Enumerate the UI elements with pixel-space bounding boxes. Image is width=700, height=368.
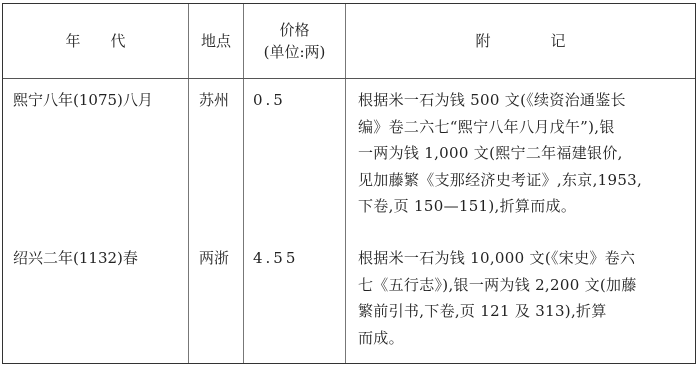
header-era: 年 代 xyxy=(3,4,188,78)
header-place: 地点 xyxy=(189,4,243,78)
note-line: 编》卷二六七“熙宁八年八月戊午”),银 xyxy=(358,114,693,141)
row2-notes: 根据米一石为钱 10,000 文(《宋史》卷六 七《五行志》),银一两为钱 2,… xyxy=(358,245,693,351)
row2-price: 4.55 xyxy=(253,249,298,268)
note-line: 见加藤繁《支那经济史考证》,东京,1953, xyxy=(358,167,693,194)
row1-price: 0.5 xyxy=(253,91,286,110)
header-price-label: 价格 xyxy=(279,19,309,41)
header-price: 价格 (单位:两) xyxy=(244,4,345,78)
row1-era: 熙宁八年(1075)八月 xyxy=(13,91,153,110)
row1-place: 苏州 xyxy=(199,91,229,110)
header-price-unit: (单位:两) xyxy=(264,41,326,63)
note-line: 根据米一石为钱 500 文(《续资治通鉴长 xyxy=(358,87,693,114)
row1-notes: 根据米一石为钱 500 文(《续资治通鉴长 编》卷二六七“熙宁八年八月戊午”),… xyxy=(358,87,693,220)
row2-place: 两浙 xyxy=(199,249,229,268)
header-divider xyxy=(3,78,695,79)
note-line: 繁前引书,下卷,页 121 及 313),折算 xyxy=(358,298,693,325)
row2-era: 绍兴二年(1132)春 xyxy=(13,249,138,268)
header-notes: 附 记 xyxy=(346,4,695,78)
note-line: 根据米一石为钱 10,000 文(《宋史》卷六 xyxy=(358,245,693,272)
note-line: 一两为钱 1,000 文(熙宁二年福建银价, xyxy=(358,140,693,167)
price-table: 年 代 地点 价格 (单位:两) 附 记 熙宁八年(1075)八月 苏州 0.5… xyxy=(2,3,696,364)
note-line: 下卷,页 150—151),折算而成。 xyxy=(358,193,693,220)
note-line: 七《五行志》),银一两为钱 2,200 文(加藤 xyxy=(358,272,693,299)
note-line: 而成。 xyxy=(358,325,693,352)
